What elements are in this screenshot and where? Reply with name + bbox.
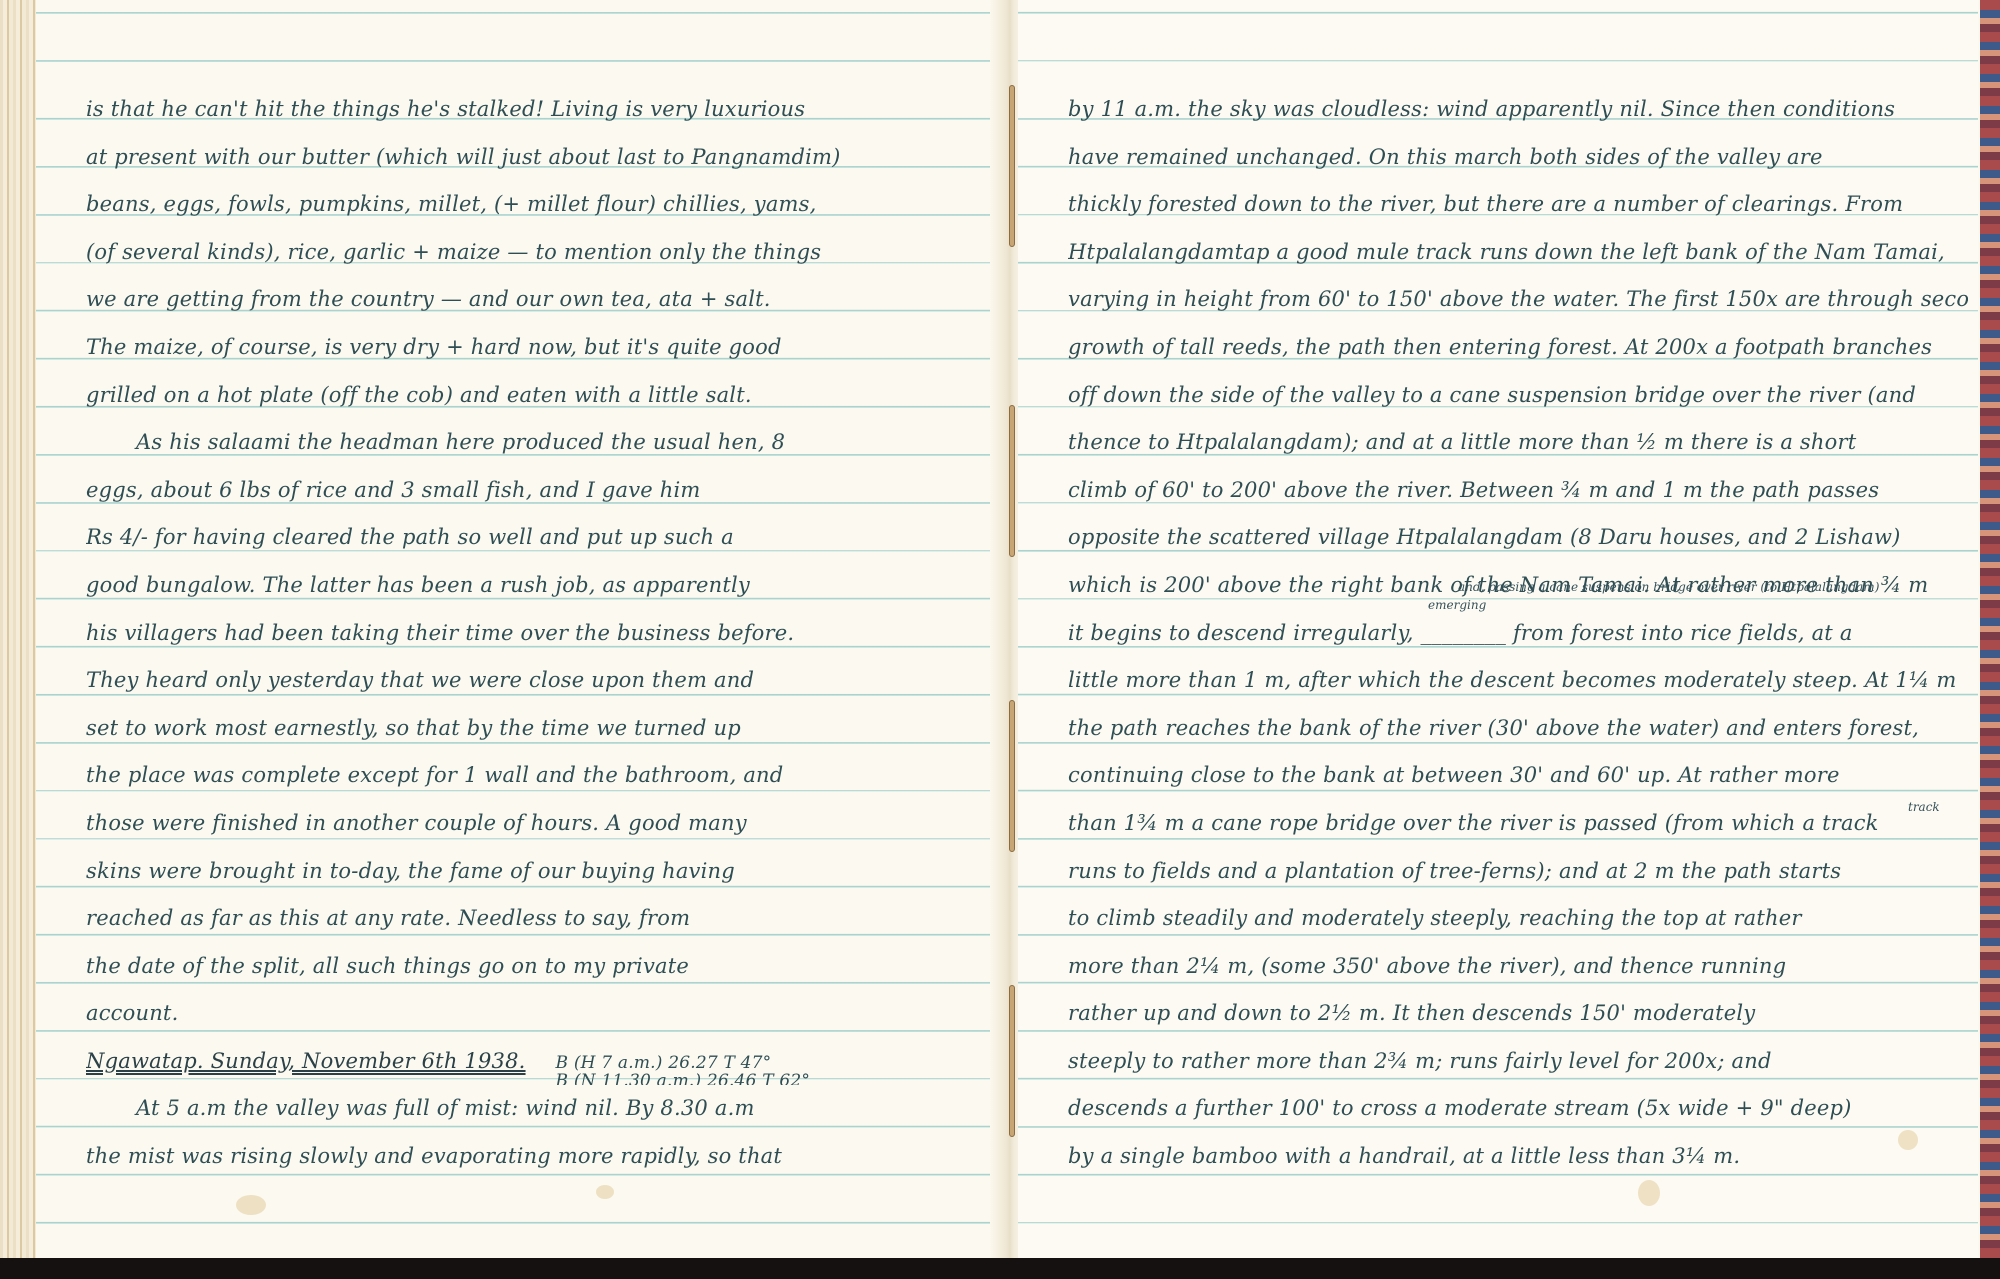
barometer-reading: B (H 7 a.m.) 26.27 T 47°	[556, 1054, 811, 1072]
interlinear-correction: emerging	[1428, 598, 1486, 612]
left-page: is that he can't hit the things he's sta…	[36, 0, 1010, 1258]
paper-stain	[1898, 1130, 1918, 1150]
right-page: by 11 a.m. the sky was cloudless: wind a…	[1018, 0, 1978, 1258]
text-line: by a single bamboo with a handrail, at a…	[1068, 1133, 1968, 1181]
text-line: off down the side of the valley to a can…	[1068, 372, 1968, 420]
text-line: by 11 a.m. the sky was cloudless: wind a…	[1068, 86, 1968, 134]
entry-heading-title: Ngawatap. Sunday, November 6th 1938.	[86, 1038, 526, 1086]
text-line: rather up and down to 2½ m. It then desc…	[1068, 990, 1968, 1038]
notebook-spread: is that he can't hit the things he's sta…	[0, 0, 1995, 1258]
binding-stitch	[1009, 700, 1015, 852]
text-line: little more than 1 m, after which the de…	[1068, 657, 1968, 705]
text-line: his villagers had been taking their time…	[86, 610, 1006, 658]
marbled-book-edge	[1980, 0, 2000, 1258]
text-line: at present with our butter (which will j…	[86, 134, 1006, 182]
interlinear-insertion: and, passing a cane suspension bridge ov…	[1458, 580, 1879, 594]
binding-stitch	[1009, 85, 1015, 247]
text-line: good bungalow. The latter has been a rus…	[86, 562, 1006, 610]
text-line: climb of 60' to 200' above the river. Be…	[1068, 467, 1968, 515]
text-line: set to work most earnestly, so that by t…	[86, 705, 1006, 753]
text-line: account.	[86, 990, 1006, 1038]
right-page-lines: by 11 a.m. the sky was cloudless: wind a…	[1068, 86, 1968, 1181]
text-line: the place was complete except for 1 wall…	[86, 752, 1006, 800]
text-line: continuing close to the bank at between …	[1068, 752, 1968, 800]
text-line: They heard only yesterday that we were c…	[86, 657, 1006, 705]
left-page-lines: is that he can't hit the things he's sta…	[86, 86, 1006, 1181]
text-line: growth of tall reeds, the path then ente…	[1068, 324, 1968, 372]
text-line: is that he can't hit the things he's sta…	[86, 86, 1006, 134]
background-surface	[0, 1258, 2000, 1279]
text-line: thence to Htpalalangdam); and at a littl…	[1068, 419, 1968, 467]
text-line: than 1¾ m a cane rope bridge over the ri…	[1068, 800, 1968, 848]
text-line: opposite the scattered village Htpalalan…	[1068, 514, 1968, 562]
text-line: thickly forested down to the river, but …	[1068, 181, 1968, 229]
text-line: beans, eggs, fowls, pumpkins, millet, (+…	[86, 181, 1006, 229]
text-line: the date of the split, all such things g…	[86, 943, 1006, 991]
text-line: have remained unchanged. On this march b…	[1068, 134, 1968, 182]
binding-stitch	[1009, 405, 1015, 557]
page-edges-left	[0, 0, 36, 1258]
text-line: to climb steadily and moderately steeply…	[1068, 895, 1968, 943]
text-line: Rs 4/- for having cleared the path so we…	[86, 514, 1006, 562]
text-line: As his salaami the headman here produced…	[86, 419, 1006, 467]
paper-stain	[236, 1195, 266, 1215]
text-line: those were finished in another couple of…	[86, 800, 1006, 848]
text-line: (of several kinds), rice, garlic + maize…	[86, 229, 1006, 277]
entry-heading: Ngawatap. Sunday, November 6th 1938. B (…	[86, 1038, 1006, 1086]
text-line: At 5 a.m the valley was full of mist: wi…	[86, 1085, 1006, 1133]
text-line: runs to fields and a plantation of tree-…	[1068, 848, 1968, 896]
binding-stitch	[1009, 985, 1015, 1137]
text-line: descends a further 100' to cross a moder…	[1068, 1085, 1968, 1133]
interlinear-correction: track	[1908, 800, 1940, 814]
text-line: we are getting from the country — and ou…	[86, 276, 1006, 324]
text-line: the mist was rising slowly and evaporati…	[86, 1133, 1006, 1181]
text-line: grilled on a hot plate (off the cob) and…	[86, 372, 1006, 420]
text-line: steeply to rather more than 2¾ m; runs f…	[1068, 1038, 1968, 1086]
text-line: the path reaches the bank of the river (…	[1068, 705, 1968, 753]
text-line: reached as far as this at any rate. Need…	[86, 895, 1006, 943]
text-line: more than 2¼ m, (some 350' above the riv…	[1068, 943, 1968, 991]
text-line: Htpalalangdamtap a good mule track runs …	[1068, 229, 1968, 277]
paper-stain	[596, 1185, 614, 1199]
text-line: varying in height from 60' to 150' above…	[1068, 276, 1968, 324]
barometer-readings: B (H 7 a.m.) 26.27 T 47° B (N 11.30 a.m.…	[556, 1054, 811, 1086]
text-line: it begins to descend irregularly, ______…	[1068, 610, 1968, 658]
text-line: skins were brought in to-day, the fame o…	[86, 848, 1006, 896]
text-line: eggs, about 6 lbs of rice and 3 small fi…	[86, 467, 1006, 515]
paper-stain	[1638, 1180, 1660, 1206]
text-line: The maize, of course, is very dry + hard…	[86, 324, 1006, 372]
barometer-reading: B (N 11.30 a.m.) 26.46 T 62°	[556, 1072, 811, 1086]
